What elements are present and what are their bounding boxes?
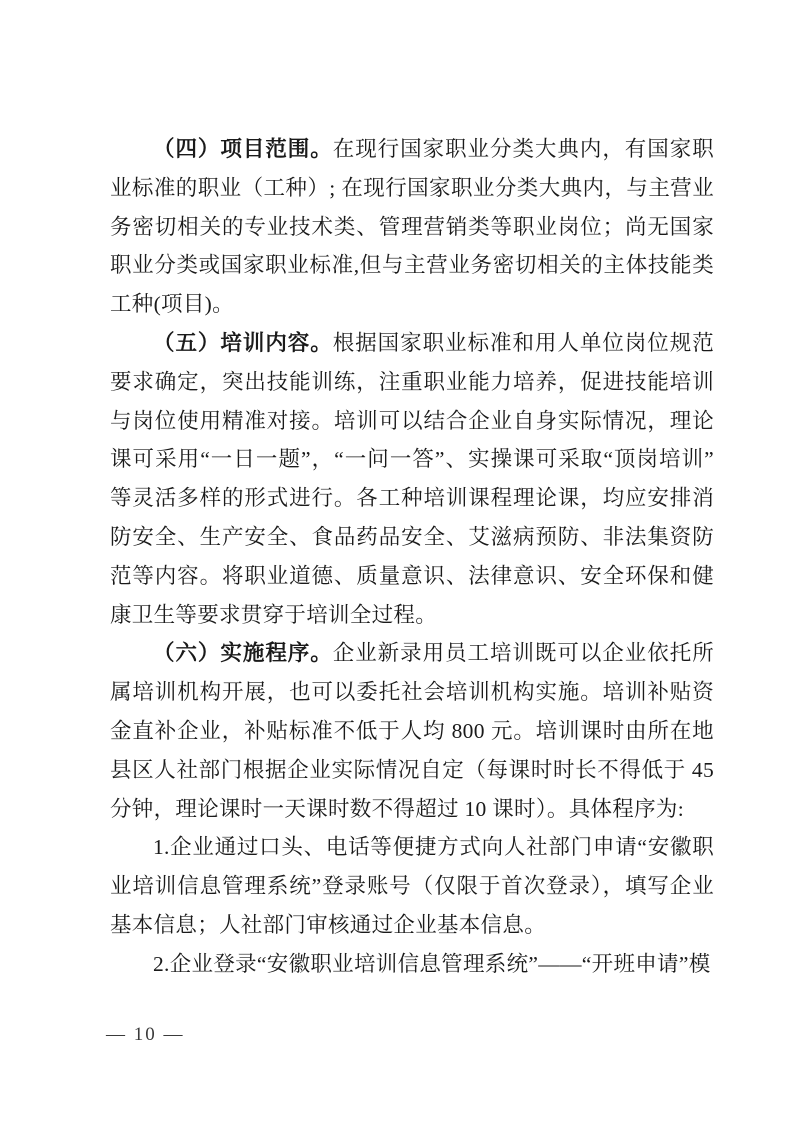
paragraph-text: 1.企业通过口头、电话等便捷方式向人社部门申请“安徽职业培训信息管理系统”登录账…	[110, 835, 714, 937]
paragraph-text: 企业新录用员工培训既可以企业依托所属培训机构开展，也可以委托社会培训机构实施。培…	[110, 641, 714, 820]
paragraph-text: 在现行国家职业分类大典内，有国家职业标准的职业（工种）; 在现行国家职业分类大典…	[110, 137, 714, 316]
paragraph-step-2: 2.企业登录“安徽职业培训信息管理系统”——“开班申请”模	[110, 945, 714, 984]
document-page: （四）项目范围。在现行国家职业分类大典内，有国家职业标准的职业（工种）; 在现行…	[0, 0, 793, 1122]
page-number: — 10 —	[106, 1024, 185, 1046]
paragraph-step-1: 1.企业通过口头、电话等便捷方式向人社部门申请“安徽职业培训信息管理系统”登录账…	[110, 828, 714, 944]
section-heading: （六）实施程序。	[153, 641, 333, 665]
paragraph-text: 根据国家职业标准和用人单位岗位规范要求确定，突出技能训练，注重职业能力培养，促进…	[110, 331, 714, 627]
paragraph-project-scope: （四）项目范围。在现行国家职业分类大典内，有国家职业标准的职业（工种）; 在现行…	[110, 130, 714, 324]
paragraph-implementation-procedure: （六）实施程序。企业新录用员工培训既可以企业依托所属培训机构开展，也可以委托社会…	[110, 634, 714, 828]
section-heading: （四）项目范围。	[153, 137, 333, 161]
document-body: （四）项目范围。在现行国家职业分类大典内，有国家职业标准的职业（工种）; 在现行…	[110, 130, 714, 984]
paragraph-text: 2.企业登录“安徽职业培训信息管理系统”——“开班申请”模	[153, 952, 711, 976]
paragraph-training-content: （五）培训内容。根据国家职业标准和用人单位岗位规范要求确定，突出技能训练，注重职…	[110, 324, 714, 634]
section-heading: （五）培训内容。	[153, 331, 333, 355]
